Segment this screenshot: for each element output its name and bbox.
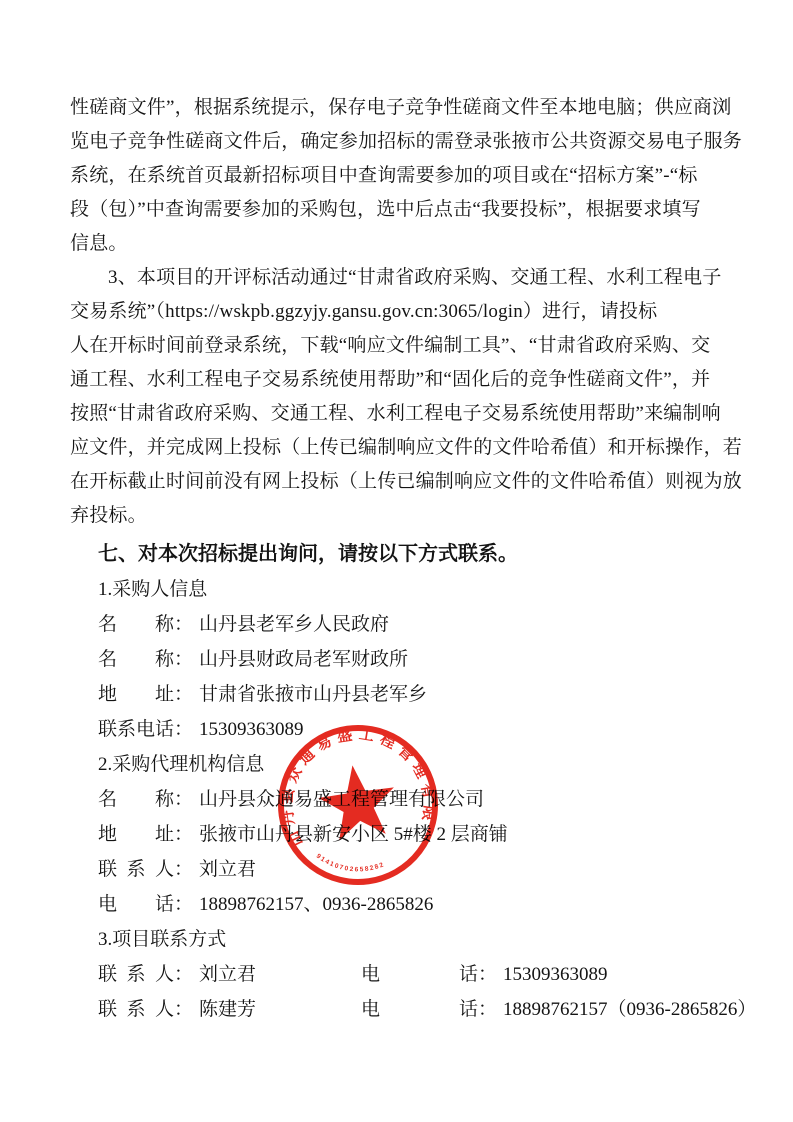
contact-row-phone-column: 电话：18898762157（0936-2865826）	[361, 992, 756, 1027]
paragraph-line: 交易系统”（https://wskpb.ggzyjy.gansu.gov.cn:…	[70, 295, 730, 329]
colon: ：	[174, 894, 193, 915]
field-label: 名称	[98, 607, 174, 642]
field-label: 名称	[98, 642, 174, 677]
field-value: 刘立君	[199, 859, 256, 880]
section-title-purchaser: 1.采购人信息	[70, 572, 730, 607]
field-label: 电话	[361, 957, 478, 992]
colon: ：	[174, 789, 193, 810]
field-value: 18898762157、0936-2865826	[199, 894, 433, 915]
paragraph-1: 性磋商文件”，根据系统提示，保存电子竞争性磋商文件至本地电脑；供应商浏 览电子竞…	[70, 91, 730, 261]
paragraph-line: 系统，在系统首页最新招标项目中查询需要参加的项目或在“招标方案”-“标	[70, 159, 730, 193]
document-page: 性磋商文件”，根据系统提示，保存电子竞争性磋商文件至本地电脑；供应商浏 览电子竞…	[0, 0, 793, 1122]
field-value: 山丹县老军乡人民政府	[199, 614, 389, 635]
paragraph-line: 性磋商文件”，根据系统提示，保存电子竞争性磋商文件至本地电脑；供应商浏	[70, 91, 730, 125]
paragraph-line: 览电子竞争性磋商文件后，确定参加招标的需登录张掖市公共资源交易电子服务	[70, 125, 730, 159]
paragraph-line: 应文件，并完成网上投标（上传已编制响应文件的文件哈希值）和开标操作，若	[70, 431, 730, 465]
paragraph-line: 信息。	[70, 227, 730, 261]
field-value: 山丹县财政局老军财政所	[199, 649, 408, 670]
section-title-project-contact: 3.项目联系方式	[70, 922, 730, 957]
star-icon	[315, 760, 400, 842]
field-value: 陈建芳	[199, 999, 256, 1020]
field-value: 刘立君	[199, 964, 256, 985]
colon: ：	[174, 999, 193, 1020]
colon: ：	[174, 614, 193, 635]
contact-row: 名称：山丹县财政局老军财政所	[70, 642, 730, 677]
paragraph-line: 在开标截止时间前没有网上投标（上传已编制响应文件的文件哈希值）则视为放	[70, 465, 730, 499]
field-label: 地址	[98, 677, 174, 712]
field-label: 联系人	[98, 852, 174, 887]
contact-row: 联系人：陈建芳 电话：18898762157（0936-2865826）	[70, 992, 730, 1027]
paragraph-line: 段（包）”中查询需要参加的采购包，选中后点击“我要投标”，根据要求填写	[70, 193, 730, 227]
paragraph-line: 弃投标。	[70, 499, 730, 533]
contact-row-phone-column: 电话：15309363089	[361, 957, 608, 992]
field-label: 地址	[98, 817, 174, 852]
colon: ：	[174, 824, 193, 845]
company-seal-stamp: 山丹县众通易盛工程管理有限公司 91410702658282	[262, 709, 454, 901]
field-label: 电话	[98, 887, 174, 922]
contact-row: 联系人：刘立君 电话：15309363089	[70, 957, 730, 992]
field-label: 电话	[361, 992, 478, 1027]
field-value: 甘肃省张掖市山丹县老军乡	[199, 684, 427, 705]
field-value: 18898762157（0936-2865826）	[503, 999, 756, 1020]
field-value: 15309363089	[503, 964, 608, 985]
colon: ：	[174, 684, 193, 705]
colon: ：	[478, 964, 497, 985]
paragraph-line: 人在开标时间前登录系统，下载“响应文件编制工具”、“甘肃省政府采购、交	[70, 329, 730, 363]
colon: ：	[174, 719, 193, 740]
field-label: 联系人	[98, 957, 174, 992]
field-label: 名称	[98, 782, 174, 817]
contact-row: 电话：18898762157、0936-2865826	[70, 887, 730, 922]
contact-row: 名称：山丹县老军乡人民政府	[70, 607, 730, 642]
colon: ：	[478, 999, 497, 1020]
paragraph-line: 按照“甘肃省政府采购、交通工程、水利工程电子交易系统使用帮助”来编制响	[70, 397, 730, 431]
document-content: 性磋商文件”，根据系统提示，保存电子竞争性磋商文件至本地电脑；供应商浏 览电子竞…	[70, 91, 730, 1027]
colon: ：	[174, 964, 193, 985]
contact-row: 地址：甘肃省张掖市山丹县老军乡	[70, 677, 730, 712]
section-heading: 七、对本次招标提出询问，请按以下方式联系。	[70, 537, 730, 572]
paragraph-2: 3、本项目的开评标活动通过“甘肃省政府采购、交通工程、水利工程电子 交易系统”（…	[70, 261, 730, 533]
colon: ：	[174, 649, 193, 670]
paragraph-line: 3、本项目的开评标活动通过“甘肃省政府采购、交通工程、水利工程电子	[70, 261, 730, 295]
field-label: 联系人	[98, 992, 174, 1027]
colon: ：	[174, 859, 193, 880]
field-label: 联系电话	[98, 712, 174, 747]
paragraph-line: 通工程、水利工程电子交易系统使用帮助”和“固化后的竞争性磋商文件”，并	[70, 363, 730, 397]
